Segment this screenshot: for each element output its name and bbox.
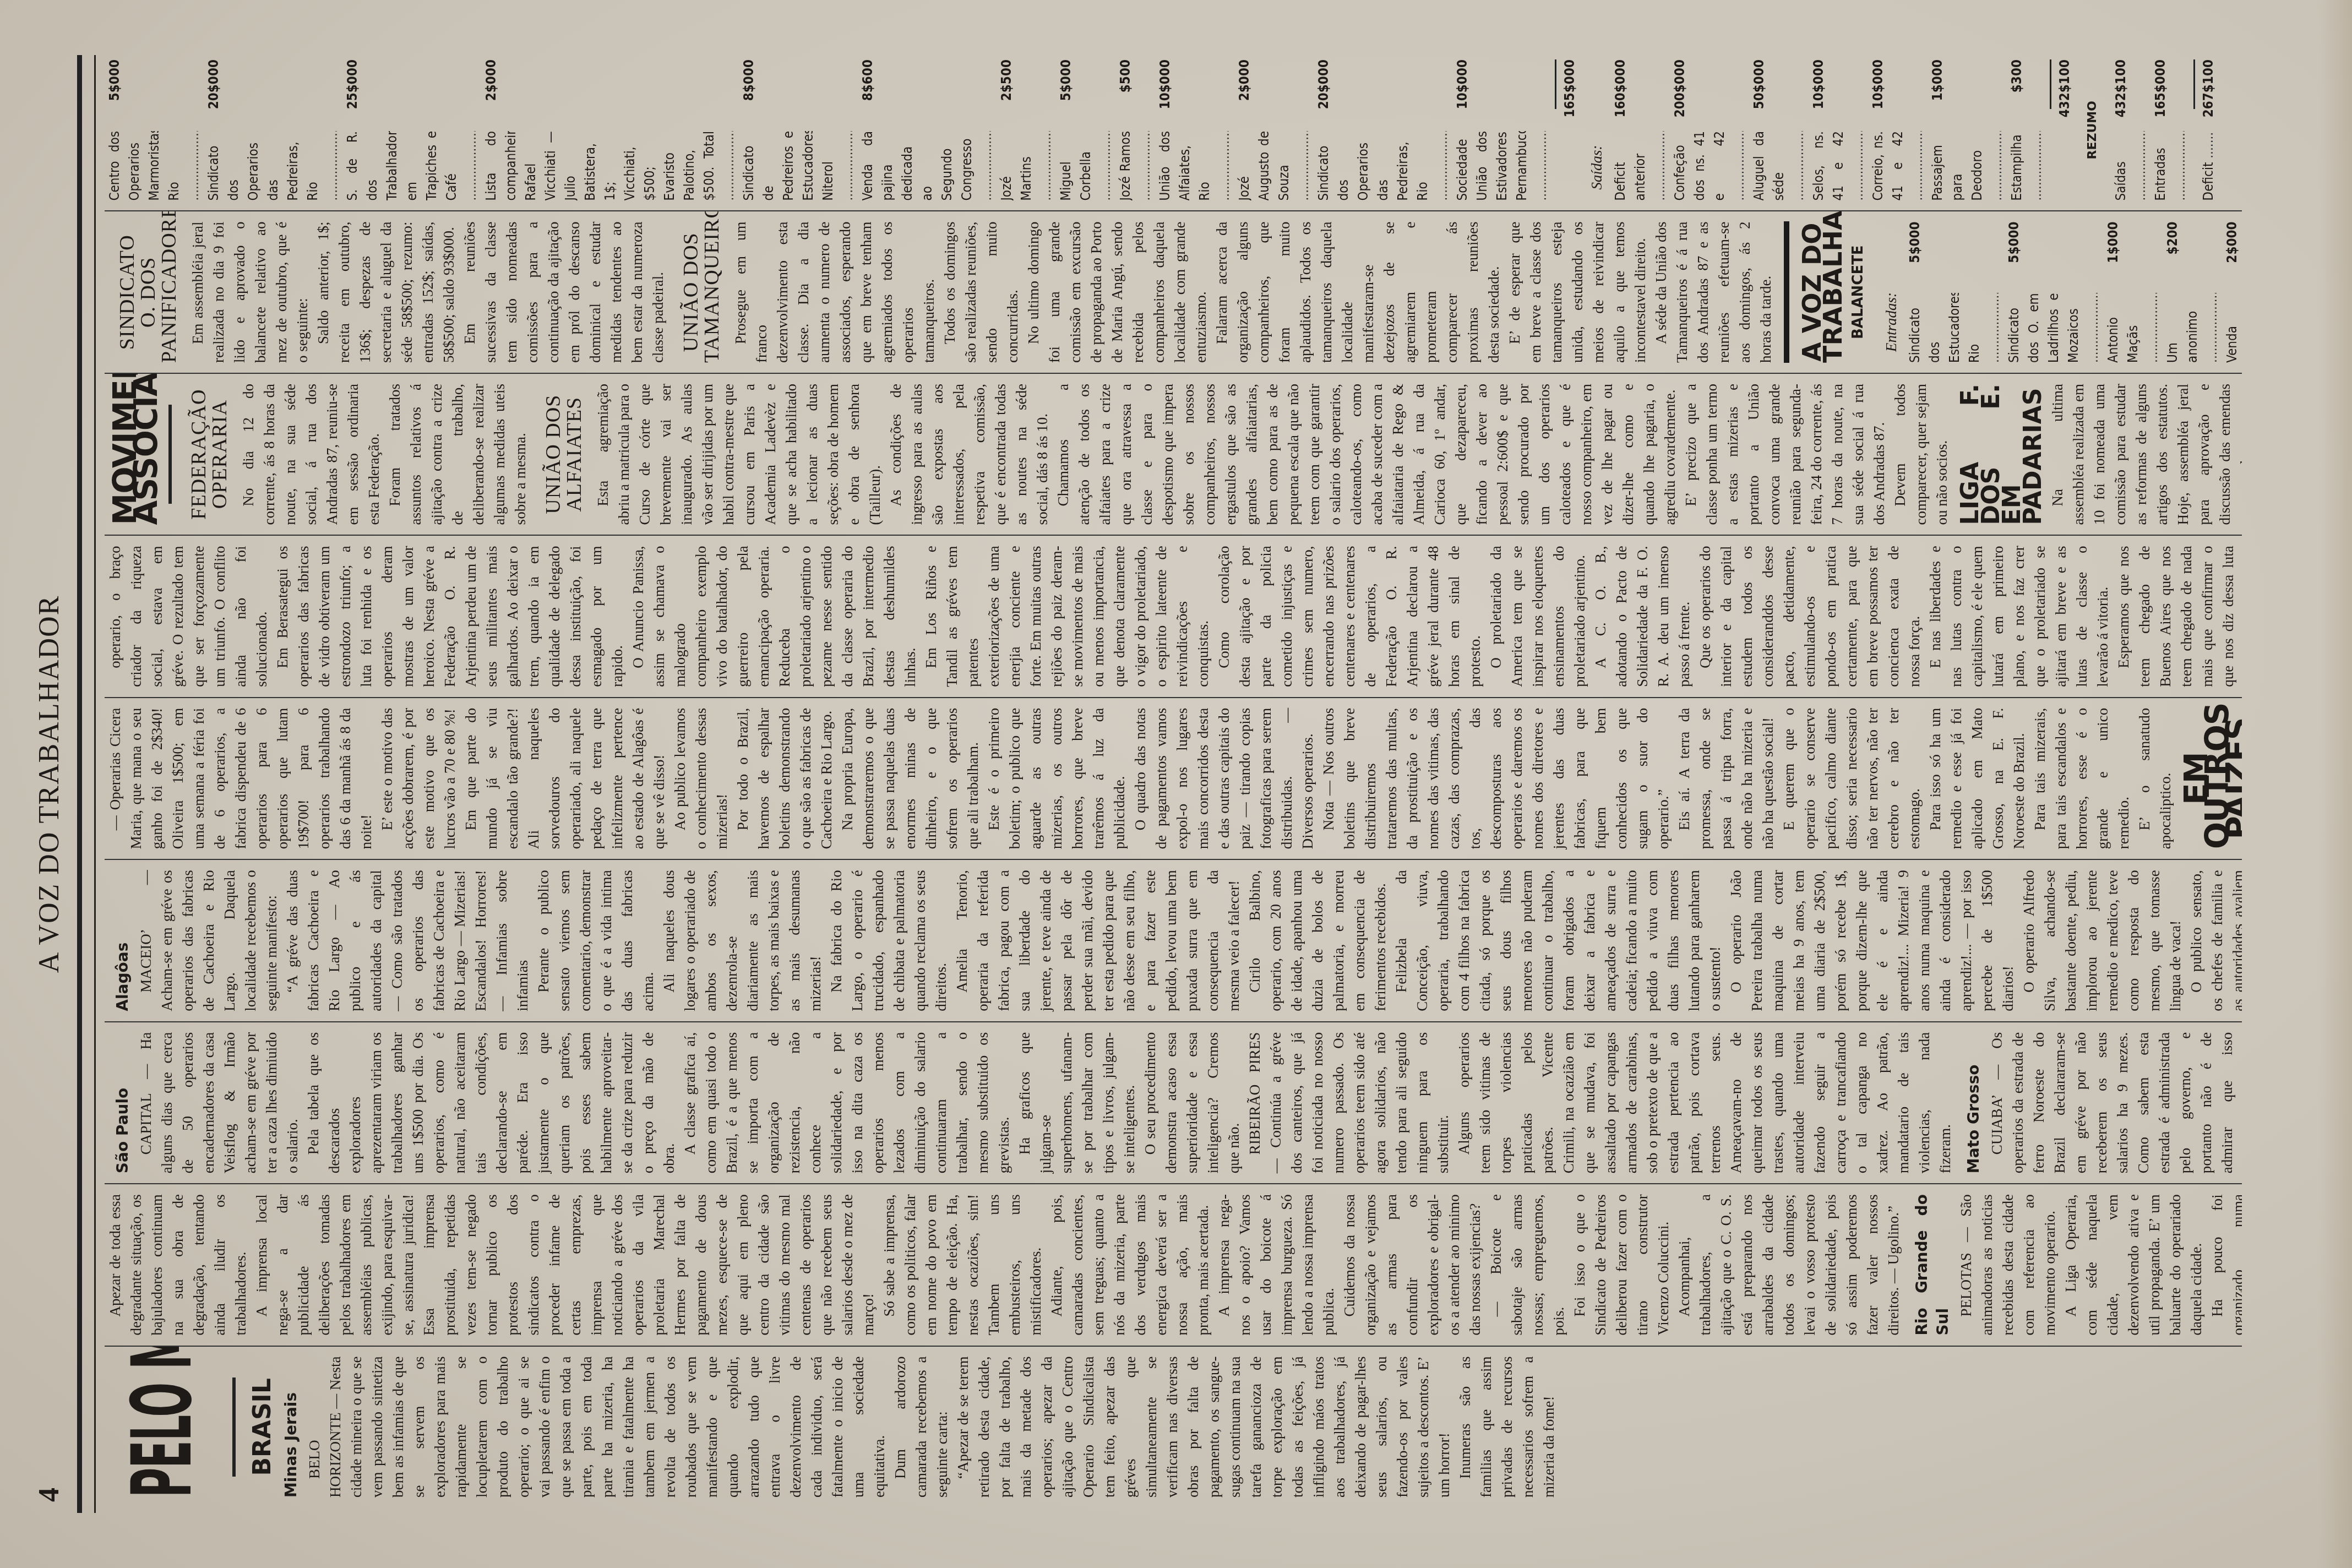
paragraph: As condições de ingresso para as aulas s… bbox=[885, 384, 1053, 525]
saidas-list: Deficit anterior160$000Confeção dos ns. … bbox=[1610, 59, 2046, 200]
paragraph: Felizbela da Conceição, viuva, operaria,… bbox=[1391, 870, 1725, 1011]
balance-row: Miguel Corbella5$000 bbox=[1056, 59, 1115, 200]
balance-row: Deficit anterior160$000 bbox=[1610, 59, 1670, 200]
state-heading-rio-grande: Rio Grande do Sul bbox=[1912, 1194, 1953, 1335]
panificadores-article: Em assembléia jeral realizada no dia 9 f… bbox=[187, 222, 668, 363]
balance-row: União dos Alfaiates, Rio10$000 bbox=[1155, 59, 1234, 200]
paragraph: operario, o braço criador da riqueza soc… bbox=[105, 546, 272, 687]
balance-value: 2$000 bbox=[481, 59, 739, 131]
minas-article: BELO HORIZONTE — Nesta cidade mineira o … bbox=[304, 1357, 1559, 1498]
panificadores-heading: SINDICATO O. DOS PANIFICADORES bbox=[117, 222, 179, 363]
paragraph: Que os operarios do interior e da capita… bbox=[1695, 546, 1925, 687]
paragraph: A imprensa nega-nos o apoio? Vamos usar … bbox=[1213, 1194, 1339, 1335]
balance-label: Jozé Martins bbox=[997, 131, 1056, 200]
paragraph: Na ultima assembléa realizada em 10 foi … bbox=[2047, 384, 2242, 525]
em-outros-paizes-heading: EM OUTROS PAIZES bbox=[2186, 708, 2242, 849]
deficit-row: Deficit 267$100 bbox=[2198, 59, 2218, 200]
paragraph: E’ precizo que a classe ponha um termo a… bbox=[1680, 384, 1890, 525]
paragraph: E querem que o operario se conserve paci… bbox=[1778, 708, 1925, 849]
header-double-rule bbox=[77, 55, 96, 1513]
balance-label: Passajem para Deodoro bbox=[1928, 131, 2007, 200]
liga-padarias-heading: LIGA F. DOS E. EM PADARIAS bbox=[1960, 384, 2044, 525]
state-heading-minas: Minas Jerais bbox=[281, 1357, 302, 1498]
paragraph: PELOTAS — São animadoras as noticias rec… bbox=[1956, 1194, 2060, 1335]
divider bbox=[232, 1378, 236, 1477]
paragraph: O operario Alfredo Silva, achando-se bas… bbox=[2018, 870, 2186, 1011]
paragraph: Para tais mizerais, para tais escandalos… bbox=[2029, 708, 2134, 849]
paragraph: Esperamos que nos teem chegado de Buenos… bbox=[2113, 546, 2242, 687]
saidas-label: Saídas: bbox=[1586, 59, 1607, 189]
federacao-heading: FEDERAÇÃO OPERARIA bbox=[188, 384, 230, 525]
divider bbox=[168, 405, 172, 504]
balance-label: Jozé Augusto de Souza bbox=[1234, 131, 1314, 200]
paragraph: Inumeras são as familias que assim priva… bbox=[1455, 1357, 1559, 1498]
paragraph: Este é o primeiro boletim; o publico que… bbox=[983, 708, 1130, 849]
paragraph: Em assembléia jeral realizada no dia 9 f… bbox=[187, 222, 313, 363]
paragraph: Como corolação desta ajitação e por part… bbox=[1213, 546, 1485, 687]
argentina-updates: operario, o braço criador da riqueza soc… bbox=[105, 546, 1925, 687]
sum-rule bbox=[2193, 59, 2195, 109]
balance-row: Venda da pajina dedicada ao Segundo Cong… bbox=[858, 59, 997, 200]
sao-paulo-article: CAPITAL — Ha alguns dias que cerca de 50… bbox=[135, 1032, 1956, 1173]
balance-label: Deficit anterior bbox=[1610, 131, 1670, 200]
balance-value: 5$000 bbox=[1905, 222, 2004, 293]
paragraph: Nota — Nos outros boletins que breve dis… bbox=[1318, 708, 1674, 849]
balance-label: Sindicato dos O. em Ladrilhos e Mozaicos bbox=[2004, 293, 2103, 363]
balance-value: 8$000 bbox=[739, 59, 858, 131]
movimento-associativo-heading: MOVIMENTO ASSOCIATIVO bbox=[115, 384, 156, 525]
paragraph: “A gréve das duas fabricas Cachoeira e R… bbox=[282, 870, 533, 1011]
balance-row: Sindicato dos Operarios das Pedreiras, R… bbox=[204, 59, 342, 200]
column-3: São Paulo CAPITAL — Ha alguns dias que c… bbox=[105, 1022, 2242, 1184]
balance-row: Correio, ns. 41 e 4210$000 bbox=[1868, 59, 1928, 200]
balance-row: Sindicato de Pedreiros e Estucadores, Ni… bbox=[739, 59, 858, 200]
paragraph: Ha pouco foi organizado numa localidade … bbox=[2207, 1194, 2242, 1335]
column-8: SINDICATO O. DOS PANIFICADORES Em assemb… bbox=[105, 212, 2242, 374]
paragraph: O publico sensato, os chefes de familia … bbox=[2186, 870, 2242, 1011]
paragraph: BELO HORIZONTE — Nesta cidade mineira o … bbox=[304, 1357, 890, 1498]
balance-label: S. de R. dos Trabalhadores em Trapiches … bbox=[342, 131, 481, 200]
balance-label: Sindicato dos Estucadores, Rio bbox=[1905, 293, 2004, 363]
balance-label: Sindicato dos Operarios das Pedreiras, R… bbox=[1314, 131, 1452, 200]
federacao-article: No dia 12 do corrente, ás 8 horas da nou… bbox=[238, 384, 531, 525]
argentina-news: E nas liberdades e nas lutas contra o ca… bbox=[1925, 546, 2242, 687]
alagoas-article: MACEIO’ — Acham-se em gréve os operarios… bbox=[135, 870, 2242, 1011]
state-heading-mato-grosso: Mato Grosso bbox=[1963, 1032, 1984, 1173]
entradas-total: .165$000 bbox=[1560, 59, 1580, 200]
paragraph: Ao publico levamos o conhecimento dessas… bbox=[669, 708, 732, 849]
paragraph: O Anuncio Panissa, assim se chamava o ma… bbox=[628, 546, 921, 687]
balance-row: Passajem para Deodoro1$000 bbox=[1928, 59, 2007, 200]
column-7: MOVIMENTO ASSOCIATIVO FEDERAÇÃO OPERARIA… bbox=[105, 374, 2242, 536]
balance-row: Centro dos Operarios Marmoristas, Rio5$0… bbox=[105, 59, 204, 200]
paragraph: Para isso só ha um remedio e esse já foi… bbox=[1925, 708, 2029, 849]
balance-label: Selos, ns. 41 e 42 bbox=[1809, 131, 1868, 200]
column-9: Centro dos Operarios Marmoristas, Rio5$0… bbox=[105, 50, 2242, 211]
balance-value: 25$000 bbox=[342, 59, 481, 131]
balance-value: 2$000 bbox=[2222, 222, 2242, 293]
balance-value: $200 bbox=[2163, 222, 2222, 293]
balance-value: 2$500 bbox=[997, 59, 1056, 131]
balance-label: Sociedade União dos Estivadores, Pernamb… bbox=[1452, 131, 1551, 200]
paragraph: Em Los Riños e Tandil as gréves tem pate… bbox=[921, 546, 1213, 687]
paragraph: E’ este o motivo das acções dobrarem, é … bbox=[377, 708, 460, 849]
paragraph: A Liga Operaria, com séde naquela cidade… bbox=[2060, 1194, 2207, 1335]
balance-subtitle: BALANCETE bbox=[1848, 222, 1869, 363]
paragraph: Dum ardorozo camarada recebemos a seguin… bbox=[890, 1357, 952, 1498]
minas-article-cont: Apezar de toda essa degradante situação,… bbox=[105, 1194, 1904, 1335]
running-title: A VOZ DO TRABALHADOR bbox=[33, 66, 66, 1502]
paragraph: A imprensa local nega-se a dar publicida… bbox=[251, 1194, 879, 1335]
paragraph: Saldo anterior, 1$; receita em outubro, … bbox=[313, 222, 459, 363]
balance-row: Lista do companheiro Rafael Vicchiati — … bbox=[481, 59, 739, 200]
balance-value: 5$000 bbox=[1056, 59, 1115, 131]
tamanqueiros-heading: UNIÃO DOS TAMANQUEIROS bbox=[680, 222, 722, 363]
balance-label: Centro dos Operarios Marmoristas, Rio bbox=[105, 131, 204, 200]
heavy-divider bbox=[1784, 222, 1789, 363]
balance-row: Entradas165$000 bbox=[2150, 59, 2190, 200]
paragraph: Acompanhai, trabalhadores, a ajitação qu… bbox=[1674, 1194, 1904, 1335]
balance-value: 50$000 bbox=[1749, 59, 1809, 131]
balance-label: Entradas bbox=[2150, 131, 2190, 200]
region-heading: BRASIL bbox=[252, 1357, 273, 1498]
balance-row: Jozé Augusto de Souza2$000 bbox=[1234, 59, 1314, 200]
sum-rule bbox=[2050, 59, 2051, 109]
column-4: Alagôas MACEIO’ — Acham-se em gréve os o… bbox=[105, 860, 2242, 1022]
paragraph: Todos os domingos são realizadas reuniõe… bbox=[939, 222, 1023, 363]
balance-label: Saídas bbox=[2111, 131, 2150, 200]
scanned-paper-background: 4 A VOZ DO TRABALHADOR PELO MUNDO PROLET… bbox=[0, 0, 2352, 1568]
paragraph: Alguns operarios teem sido vitimas de to… bbox=[1453, 1032, 1956, 1173]
balance-label: Lista do companheiro Rafael Vicchiati — … bbox=[481, 131, 739, 200]
paragraph: O seu procedimento demonstra acaso essa … bbox=[1140, 1032, 1244, 1173]
paragraph: O proletariado da America tem que se ins… bbox=[1485, 546, 1590, 687]
paragraph: Apezar de toda essa degradante situação,… bbox=[105, 1194, 251, 1335]
balance-row: Aluguel da séde50$000 bbox=[1749, 59, 1809, 200]
balance-label: União dos Alfaiates, Rio bbox=[1155, 131, 1234, 200]
paragraph: Devem todos comparecer, quer sejam ou nã… bbox=[1890, 384, 1952, 525]
paragraph: RIBEIRÃO PIRES — Continúa a gréve dos ca… bbox=[1244, 1032, 1453, 1173]
balance-row: Selos, ns. 41 e 4210$000 bbox=[1809, 59, 1868, 200]
column-1: PELO MUNDO PROLETARIO BRASIL Minas Jerai… bbox=[105, 1347, 2242, 1507]
paragraph: Cuidemos da nossa organização e vejamos … bbox=[1339, 1194, 1485, 1335]
balance-row: Sociedade União dos Estivadores, Pernamb… bbox=[1452, 59, 1551, 200]
balance-label: Estampilha bbox=[2007, 131, 2046, 200]
balance-row: S. de R. dos Trabalhadores em Trapiches … bbox=[342, 59, 481, 200]
columns: PELO MUNDO PROLETARIO BRASIL Minas Jerai… bbox=[105, 50, 2242, 1507]
balance-value: 8$600 bbox=[858, 59, 997, 131]
paragraph: MACEIO’ — Acham-se em gréve os operarios… bbox=[135, 870, 282, 1011]
paragraph: No ultimo domingo foi uma grande comissã… bbox=[1023, 222, 1211, 363]
paragraph: CAPITAL — Ha alguns dias que cerca de 50… bbox=[135, 1032, 303, 1173]
page-edge-shadow bbox=[2319, 0, 2352, 1568]
paragraph: No dia 12 do corrente, ás 8 horas da nou… bbox=[238, 384, 384, 525]
paragraph: Falaram acerca da organização alguns com… bbox=[1211, 222, 1504, 363]
entradas-list: Sindicato dos Estucadores, Rio5$000Sindi… bbox=[1905, 222, 2242, 363]
paragraph: Cirilo Balbino, operario, com 20 anos de… bbox=[1244, 870, 1391, 1011]
paragraph: Na fabrica do Rio Largo, o operario é tr… bbox=[826, 870, 951, 1011]
rio-grande-article: PELOTAS — São animadoras as noticias rec… bbox=[1956, 1194, 2242, 1335]
paragraph: E nas liberdades e nas lutas contra o ca… bbox=[1925, 546, 2113, 687]
paragraph: Adiante, pois, camaradas concientes, sem… bbox=[1046, 1194, 1213, 1335]
paragraph: Na propria Europa, demonstraremos o que … bbox=[837, 708, 983, 849]
column-5: — Operarias Cicera Maria, que mana o seu… bbox=[105, 698, 2242, 860]
balance-label: Correio, ns. 41 e 42 bbox=[1868, 131, 1928, 200]
balance-value: 10$000 bbox=[1868, 59, 1928, 131]
paragraph: Foram tratados assuntos relativos á ajit… bbox=[384, 384, 531, 525]
column-6: operario, o braço criador da riqueza soc… bbox=[105, 536, 2242, 698]
balance-row: Sindicato dos O. em Ladrilhos e Mozaicos… bbox=[2004, 222, 2103, 363]
balance-label: Sindicato de Pedreiros e Estucadores, Ni… bbox=[739, 131, 858, 200]
balance-value: 1$000 bbox=[1928, 59, 2007, 131]
sum-rule bbox=[1555, 59, 1556, 109]
balance-value: 1$000 bbox=[2103, 222, 2163, 293]
balance-label: Um anonimo bbox=[2163, 293, 2222, 363]
balance-row: Saídas432$100 bbox=[2111, 59, 2150, 200]
balance-row: Sindicato dos Operarios das Pedreiras, R… bbox=[1314, 59, 1452, 200]
balance-value: 10$000 bbox=[1452, 59, 1551, 131]
paragraph: Por todo o Brazil, havemos de espalhar b… bbox=[732, 708, 837, 849]
paragraph: Foi isso o que o Sindicato de Pedreiros … bbox=[1569, 1194, 1674, 1335]
paragraph: — Operarias Cicera Maria, que mana o seu… bbox=[105, 708, 377, 849]
balance-value: $300 bbox=[2007, 59, 2046, 131]
paragraph: A séde da União dos Tamanqueiros é á rua… bbox=[1651, 222, 1776, 363]
paragraph: Só sabe a imprensa, como os politicos, f… bbox=[879, 1194, 1046, 1335]
paragraph: — Boicote e sabotaje são armas nossas; e… bbox=[1485, 1194, 1569, 1335]
balance-value: 5$000 bbox=[2004, 222, 2103, 293]
paragraph: E’ o sanatudo apocaliptico. bbox=[2134, 708, 2176, 849]
mato-grosso-article: CUIABA’ — Os operarios da estrada de fer… bbox=[1986, 1032, 2242, 1173]
balance-value: 10$000 bbox=[1155, 59, 1234, 131]
balance-label: Jozé Ramos bbox=[1115, 131, 1155, 200]
balance-row: Sindicato dos Estucadores, Rio5$000 bbox=[1905, 222, 2004, 363]
balance-title: A VOZ DO TRABALHADOR bbox=[1801, 222, 1843, 363]
newspaper-page: 4 A VOZ DO TRABALHADOR PELO MUNDO PROLET… bbox=[0, 0, 2352, 1568]
paragraph: Pela tabela que os descarados explorador… bbox=[303, 1032, 679, 1173]
paragraph: A C. O. B., adotando o Pacto de Solidari… bbox=[1590, 546, 1695, 687]
paragraph: Eis aí. A terra da promessa, onde se pas… bbox=[1674, 708, 1778, 849]
balance-value: 160$000 bbox=[1610, 59, 1670, 131]
rezumo-heading: REZUMO bbox=[2082, 59, 2103, 200]
saidas-total: .432$100 bbox=[2055, 59, 2075, 200]
balance-value: $500 bbox=[1115, 59, 1155, 131]
entradas-list-cont: Centro dos Operarios Marmoristas, Rio5$0… bbox=[105, 59, 1551, 200]
balance-label: Miguel Corbella bbox=[1056, 131, 1115, 200]
column-2: Apezar de toda essa degradante situação,… bbox=[105, 1184, 2242, 1346]
balance-label: Sindicato dos Operarios das Pedreiras, R… bbox=[204, 131, 342, 200]
balance-label: Aluguel da séde bbox=[1749, 131, 1809, 200]
balance-row: Estampilha$300 bbox=[2007, 59, 2046, 200]
balance-value: 200$000 bbox=[1670, 59, 1749, 131]
balance-row: Confeção dos ns. 41 e 42200$000 bbox=[1670, 59, 1749, 200]
paragraph: E’ de esperar que em breve a classe dos … bbox=[1504, 222, 1651, 363]
balance-value: 10$000 bbox=[1809, 59, 1868, 131]
paragraph: Ali naqueles dous logares o operariado d… bbox=[658, 870, 826, 1011]
balance-row: Um anonimo$200 bbox=[2163, 222, 2222, 363]
balance-value: 165$000 bbox=[2150, 59, 2190, 131]
liga-padarias-article: Na ultima assembléa realizada em 10 foi … bbox=[2047, 384, 2242, 525]
paragraph: Em que parte do mundo já se viu escandal… bbox=[460, 708, 669, 849]
balance-row: Venda avulsa2$000 bbox=[2222, 222, 2242, 363]
entradas-label: Entradas: bbox=[1881, 222, 1902, 352]
tamanqueiros-article: Prosegue em um franco dezenvolvimento es… bbox=[730, 222, 1776, 363]
paragraph: Perante o publico sensato viemos sem com… bbox=[533, 870, 658, 1011]
section-masthead: PELO MUNDO PROLETARIO bbox=[110, 1420, 215, 1498]
balance-value: 432$100 bbox=[2111, 59, 2150, 131]
paragraph: Chamamos a atenção de todos os alfaiates… bbox=[1053, 384, 1680, 525]
paragraph: O quadro das notas de pagamentos vamos e… bbox=[1130, 708, 1318, 849]
balance-value: 20$000 bbox=[204, 59, 342, 131]
paragraph: Amelia Tenorio, operaria da referida fab… bbox=[951, 870, 1244, 1011]
balance-value: 20$000 bbox=[1314, 59, 1452, 131]
paragraph: O operario João Pereira trabalha numa ma… bbox=[1725, 870, 2018, 1011]
balance-value: 5$000 bbox=[105, 59, 204, 131]
balance-row: Antonio Maçãs1$000 bbox=[2103, 222, 2163, 363]
rezumo-list: Saídas432$100Entradas165$000 bbox=[2111, 59, 2190, 200]
alfaiates-article: Esta agremiação abriu a matricula para o… bbox=[592, 384, 1952, 525]
state-heading-alagoas: Alagôas bbox=[112, 870, 133, 1011]
state-heading-sao-paulo: São Paulo bbox=[112, 1032, 133, 1173]
paragraph: Em Berasategui os operarios das fabricas… bbox=[272, 546, 628, 687]
paragraph: “Apezar de se terem retirado desta cidad… bbox=[952, 1357, 1455, 1498]
balance-row: Jozé Ramos$500 bbox=[1115, 59, 1155, 200]
balance-value: 2$000 bbox=[1234, 59, 1314, 131]
balance-label: Venda avulsa bbox=[2222, 293, 2242, 363]
balance-label: Antonio Maçãs bbox=[2103, 293, 2163, 363]
balance-label: Venda da pajina dedicada ao Segundo Cong… bbox=[858, 131, 997, 200]
paragraph: Em reuniões sucessivas da classe tem sid… bbox=[459, 222, 668, 363]
paragraph: CUIABA’ — Os operarios da estrada de fer… bbox=[1986, 1032, 2242, 1173]
paragraph: Ha graficos que julgam-se superhomens, u… bbox=[1014, 1032, 1140, 1173]
alagoas-article-cont: — Operarias Cicera Maria, que mana o seu… bbox=[105, 708, 2176, 849]
running-head: 4 A VOZ DO TRABALHADOR bbox=[22, 66, 72, 1502]
paragraph: Prosegue em um franco dezenvolvimento es… bbox=[730, 222, 939, 363]
paragraph: Esta agremiação abriu a matricula para o… bbox=[592, 384, 885, 525]
balance-row: Jozé Martins2$500 bbox=[997, 59, 1056, 200]
paragraph: A classe grafica aí, como em quasi todo … bbox=[679, 1032, 1014, 1173]
balance-label: Confeção dos ns. 41 e 42 bbox=[1670, 131, 1749, 200]
alfaiates-heading: UNIÃO DOS ALFAIATES bbox=[543, 384, 585, 525]
